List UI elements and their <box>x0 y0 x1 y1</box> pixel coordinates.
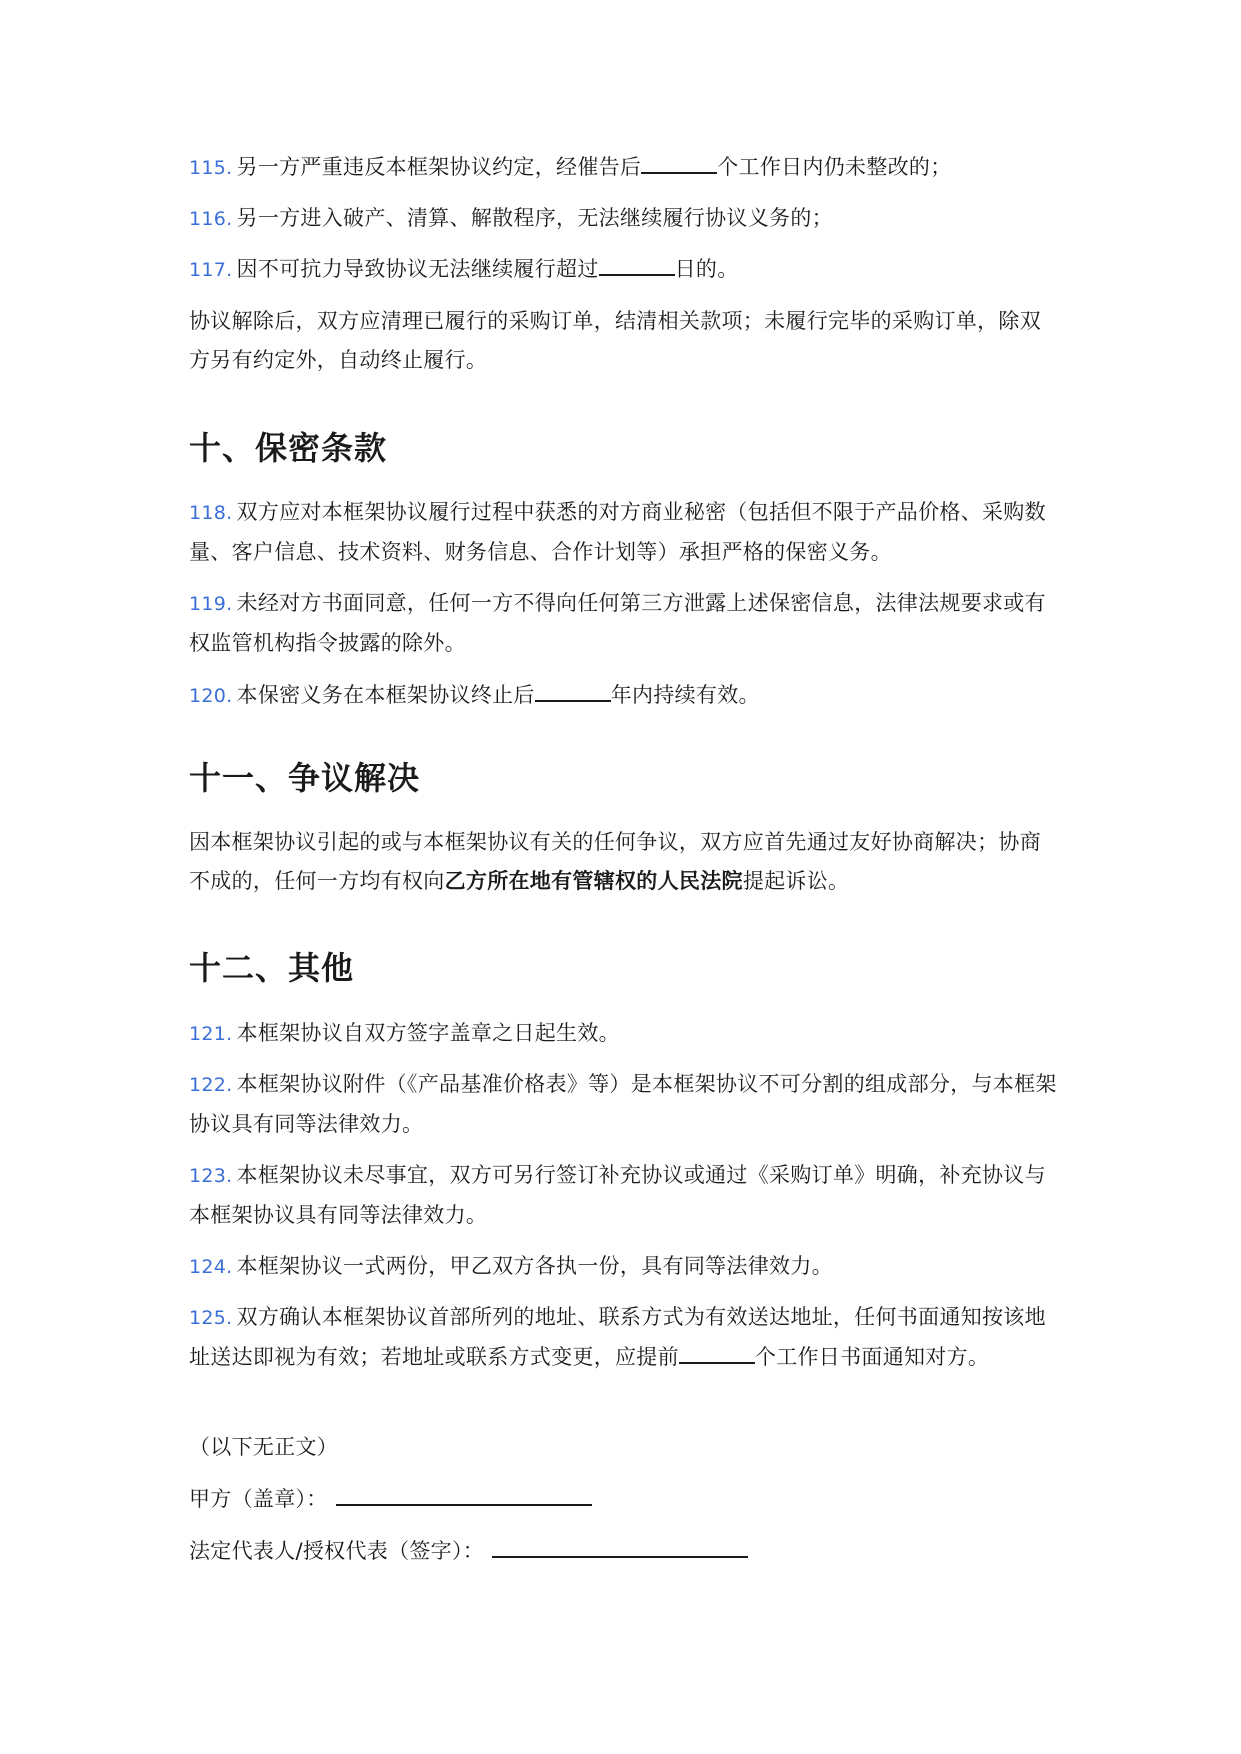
representative-signature-line: 法定代表人/授权代表（签字）： <box>189 1532 1059 1571</box>
clause-118: 118.双方应对本框架协议履行过程中获悉的对方商业秘密（包括但不限于产品价格、采… <box>189 493 1059 572</box>
representative-signature-field[interactable] <box>492 1536 748 1558</box>
clause-text: 个工作日书面通知对方。 <box>755 1345 989 1369</box>
clause-text: 本框架协议自双方签字盖章之日起生效。 <box>237 1021 620 1045</box>
clause-text: 因不可抗力导致协议无法继续履行超过 <box>237 257 599 281</box>
clause-124: 124.本框架协议一式两份，甲乙双方各执一份，具有同等法律效力。 <box>189 1247 1059 1287</box>
clause-number: 116. <box>189 208 233 230</box>
clause-number: 120. <box>189 685 233 707</box>
fill-in-blank[interactable] <box>679 1342 755 1364</box>
clause-text: 日的。 <box>675 257 739 281</box>
clause-text: 另一方进入破产、清算、解散程序，无法继续履行协议义务的； <box>237 206 833 230</box>
clause-121: 121.本框架协议自双方签字盖章之日起生效。 <box>189 1014 1059 1054</box>
clause-125: 125.双方确认本框架协议首部所列的地址、联系方式为有效送达地址，任何书面通知按… <box>189 1298 1059 1377</box>
clause-number: 125. <box>189 1307 233 1329</box>
clause-number: 122. <box>189 1074 233 1096</box>
end-of-text-note: （以下无正文） <box>189 1428 1059 1467</box>
clause-text: 年内持续有效。 <box>611 683 760 707</box>
clause-number: 121. <box>189 1023 233 1045</box>
court-jurisdiction: 乙方所在地有管辖权的人民法院 <box>445 869 743 893</box>
dispute-clause: 因本框架协议引起的或与本框架协议有关的任何争议，双方应首先通过友好协商解决；协商… <box>189 823 1059 901</box>
section-title-confidentiality: 十、保密条款 <box>189 428 387 468</box>
fill-in-blank[interactable] <box>535 680 611 702</box>
clause-text: 本框架协议一式两份，甲乙双方各执一份，具有同等法律效力。 <box>237 1254 833 1278</box>
party-a-seal-line: 甲方（盖章）： <box>189 1480 1059 1519</box>
clause-number: 118. <box>189 502 233 524</box>
clause-115: 115.另一方严重违反本框架协议约定，经催告后个工作日内仍未整改的； <box>189 148 1059 188</box>
clause-number: 123. <box>189 1165 233 1187</box>
clause-text: 双方应对本框架协议履行过程中获悉的对方商业秘密（包括但不限于产品价格、采购数量、… <box>189 500 1046 564</box>
clause-119: 119.未经对方书面同意，任何一方不得向任何第三方泄露上述保密信息，法律法规要求… <box>189 584 1059 663</box>
fill-in-blank[interactable] <box>599 254 675 276</box>
termination-note: 协议解除后，双方应清理已履行的采购订单，结清相关款项；未履行完毕的采购订单，除双… <box>189 302 1059 380</box>
clause-text: 本框架协议未尽事宜，双方可另行签订补充协议或通过《采购订单》明确，补充协议与本框… <box>189 1163 1046 1227</box>
clause-text: 本保密义务在本框架协议终止后 <box>237 683 535 707</box>
clause-116: 116.另一方进入破产、清算、解散程序，无法继续履行协议义务的； <box>189 199 1059 239</box>
section-title-other: 十二、其他 <box>189 948 354 988</box>
representative-label: 法定代表人/授权代表（签字）： <box>189 1539 484 1563</box>
clause-text: 本框架协议附件（《产品基准价格表》等）是本框架协议不可分割的组成部分，与本框架协… <box>189 1072 1057 1136</box>
clause-122: 122.本框架协议附件（《产品基准价格表》等）是本框架协议不可分割的组成部分，与… <box>189 1065 1059 1144</box>
section-title-dispute-resolution: 十一、争议解决 <box>189 758 420 798</box>
clause-123: 123.本框架协议未尽事宜，双方可另行签订补充协议或通过《采购订单》明确，补充协… <box>189 1156 1059 1235</box>
clause-117: 117.因不可抗力导致协议无法继续履行超过日的。 <box>189 250 1059 290</box>
party-a-label: 甲方（盖章）： <box>189 1487 328 1511</box>
clause-number: 115. <box>189 157 233 179</box>
clause-text: 另一方严重违反本框架协议约定，经催告后 <box>237 155 642 179</box>
clause-120: 120.本保密义务在本框架协议终止后年内持续有效。 <box>189 676 1059 716</box>
clause-number: 124. <box>189 1256 233 1278</box>
clause-text: 个工作日内仍未整改的； <box>717 155 951 179</box>
clause-text: 未经对方书面同意，任何一方不得向任何第三方泄露上述保密信息，法律法规要求或有权监… <box>189 591 1046 655</box>
party-a-signature-field[interactable] <box>336 1484 592 1506</box>
clause-text: 提起诉讼。 <box>743 869 850 893</box>
clause-number: 119. <box>189 593 233 615</box>
fill-in-blank[interactable] <box>641 152 717 174</box>
clause-number: 117. <box>189 259 233 281</box>
